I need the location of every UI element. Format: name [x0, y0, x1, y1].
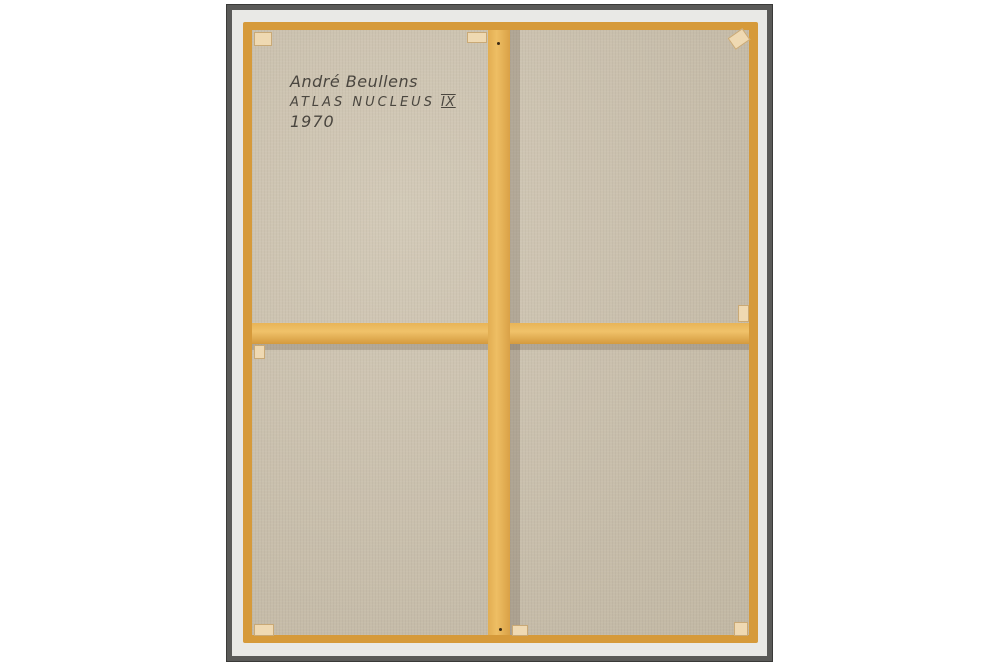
corner-wedge-top-left — [254, 32, 272, 46]
staple-hole — [499, 628, 502, 631]
artist-name: André Beullens — [290, 72, 456, 91]
corner-wedge-bottom-left — [254, 624, 274, 636]
artwork-title-number: IX — [441, 95, 456, 110]
artwork-title-text: ATLAS NUCLEUS — [290, 95, 435, 110]
vertical-crossbar-overlap — [488, 323, 510, 344]
corner-wedge-mid-left — [254, 345, 265, 359]
corner-wedge-bottom-right — [734, 622, 748, 636]
handwritten-inscription: André Beullens ATLAS NUCLEUSIX 1970 — [290, 72, 456, 131]
corner-wedge-bottom-center — [512, 625, 528, 636]
artwork-title: ATLAS NUCLEUSIX — [290, 95, 456, 110]
staple-hole — [497, 42, 500, 45]
artwork-year: 1970 — [290, 112, 456, 131]
corner-wedge-mid-right — [738, 305, 749, 322]
corner-wedge-top-center — [467, 32, 487, 43]
